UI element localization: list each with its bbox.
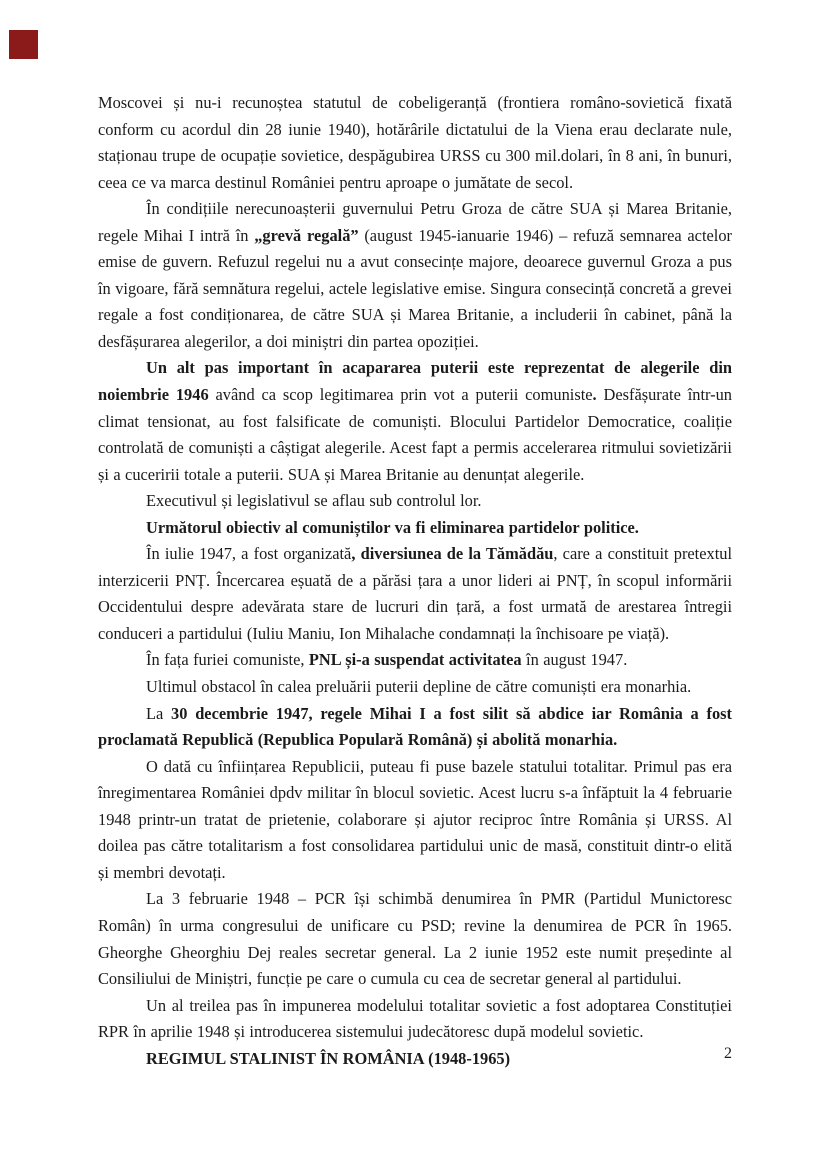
bold-text-run: , diversiunea de la Tămădău bbox=[351, 544, 553, 563]
paragraph: Următorul obiectiv al comuniștilor va fi… bbox=[98, 515, 732, 542]
paragraph: Moscovei și nu-i recunoștea statutul de … bbox=[98, 90, 732, 196]
paragraph: În iulie 1947, a fost organizată, divers… bbox=[98, 541, 732, 647]
text-run: În iulie 1947, a fost organizată bbox=[146, 544, 351, 563]
bold-text-run: 30 decembrie 1947, regele Mihai I a fost… bbox=[98, 704, 732, 750]
text-run: O dată cu înființarea Republicii, puteau… bbox=[98, 757, 732, 882]
paragraph: O dată cu înființarea Republicii, puteau… bbox=[98, 754, 732, 887]
text-run: Un al treilea pas în impunerea modelului… bbox=[98, 996, 732, 1042]
corner-marker bbox=[9, 30, 38, 59]
paragraph: Executivul și legislativul se aflau sub … bbox=[98, 488, 732, 515]
text-run: Executivul și legislativul se aflau sub … bbox=[146, 491, 482, 510]
bold-text-run: Următorul obiectiv al comuniștilor va fi… bbox=[146, 518, 639, 537]
text-run: având ca scop legitimarea prin vot a put… bbox=[209, 385, 593, 404]
text-run: La 3 februarie 1948 – PCR își schimbă de… bbox=[98, 889, 732, 988]
bold-text-run: PNL și-a suspendat activitatea bbox=[309, 650, 522, 669]
document-page: Moscovei și nu-i recunoștea statutul de … bbox=[0, 0, 828, 1171]
paragraph: Un alt pas important în acapararea puter… bbox=[98, 355, 732, 488]
text-run: Ultimul obstacol în calea preluării pute… bbox=[146, 677, 691, 696]
document-body: Moscovei și nu-i recunoștea statutul de … bbox=[98, 90, 732, 1072]
text-run: În fața furiei comuniste, bbox=[146, 650, 309, 669]
paragraph: În fața furiei comuniste, PNL și-a suspe… bbox=[98, 647, 732, 674]
text-run: Moscovei și nu-i recunoștea statutul de … bbox=[98, 93, 732, 192]
bold-text-run: „grevă regală” bbox=[254, 226, 358, 245]
paragraph: La 3 februarie 1948 – PCR își schimbă de… bbox=[98, 886, 732, 992]
text-run: în august 1947. bbox=[522, 650, 628, 669]
paragraph: La 30 decembrie 1947, regele Mihai I a f… bbox=[98, 701, 732, 754]
page-number: 2 bbox=[98, 1044, 732, 1064]
paragraph: În condițiile nerecunoașterii guvernului… bbox=[98, 196, 732, 355]
text-run: La bbox=[146, 704, 171, 723]
paragraph: Ultimul obstacol în calea preluării pute… bbox=[98, 674, 732, 701]
paragraph: Un al treilea pas în impunerea modelului… bbox=[98, 993, 732, 1046]
